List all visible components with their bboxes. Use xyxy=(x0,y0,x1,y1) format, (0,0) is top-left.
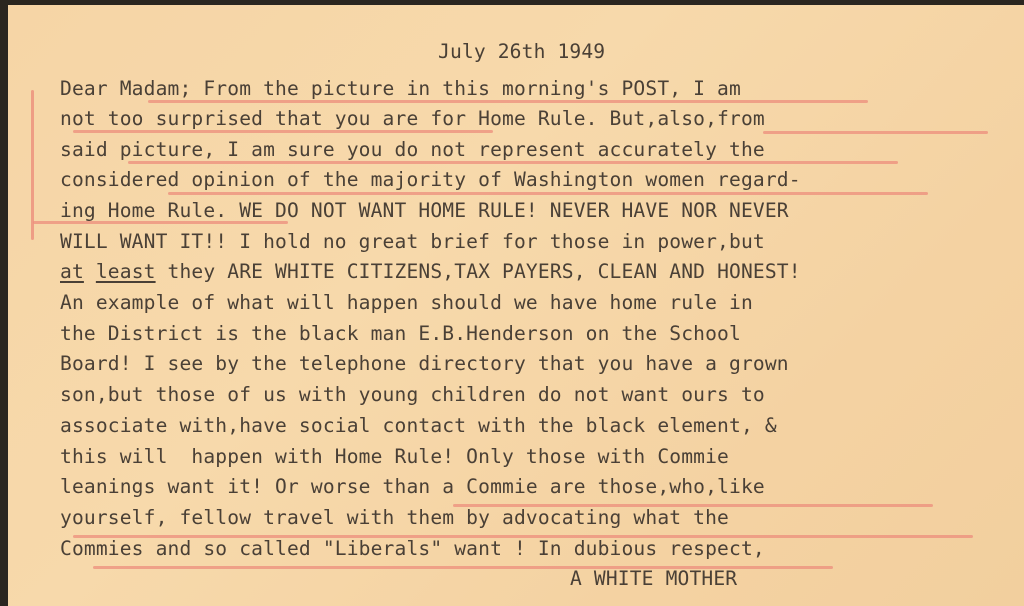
letter-line: said picture, I am sure you do not repre… xyxy=(60,136,765,164)
typed-underline: at xyxy=(60,260,84,283)
letter-line: Commies and so called "Liberals" want ! … xyxy=(60,535,765,563)
letter-line: yourself, fellow travel with them by adv… xyxy=(60,504,729,532)
letter-line: leanings want it! Or worse than a Commie… xyxy=(60,473,765,501)
letter-line: ing Home Rule. WE DO NOT WANT HOME RULE!… xyxy=(60,197,789,225)
pencil-underline xyxy=(763,131,988,134)
letter-line: WILL WANT IT!! I hold no great brief for… xyxy=(60,228,765,256)
letter-line: Board! I see by the telephone directory … xyxy=(60,350,789,378)
letter-date: July 26th 1949 xyxy=(438,38,605,66)
letter-line: considered opinion of the majority of Wa… xyxy=(60,166,801,194)
letter-line: associate with,have social contact with … xyxy=(60,412,777,440)
letter-line: at least they ARE WHITE CITIZENS,TAX PAY… xyxy=(60,258,801,286)
letter-signature: A WHITE MOTHER xyxy=(570,565,737,593)
letter-line: Dear Madam; From the picture in this mor… xyxy=(60,75,741,103)
letter-line: the District is the black man E.B.Hender… xyxy=(60,320,741,348)
letter-line: not too surprised that you are for Home … xyxy=(60,105,765,133)
letter-line: this will happen with Home Rule! Only th… xyxy=(60,443,729,471)
letter-line: son,but those of us with young children … xyxy=(60,381,765,409)
postcard: July 26th 1949 Dear Madam; From the pict… xyxy=(8,5,1024,606)
letter-line: An example of what will happen should we… xyxy=(60,289,753,317)
typed-underline: least xyxy=(96,260,156,283)
margin-pencil-mark xyxy=(31,90,34,240)
